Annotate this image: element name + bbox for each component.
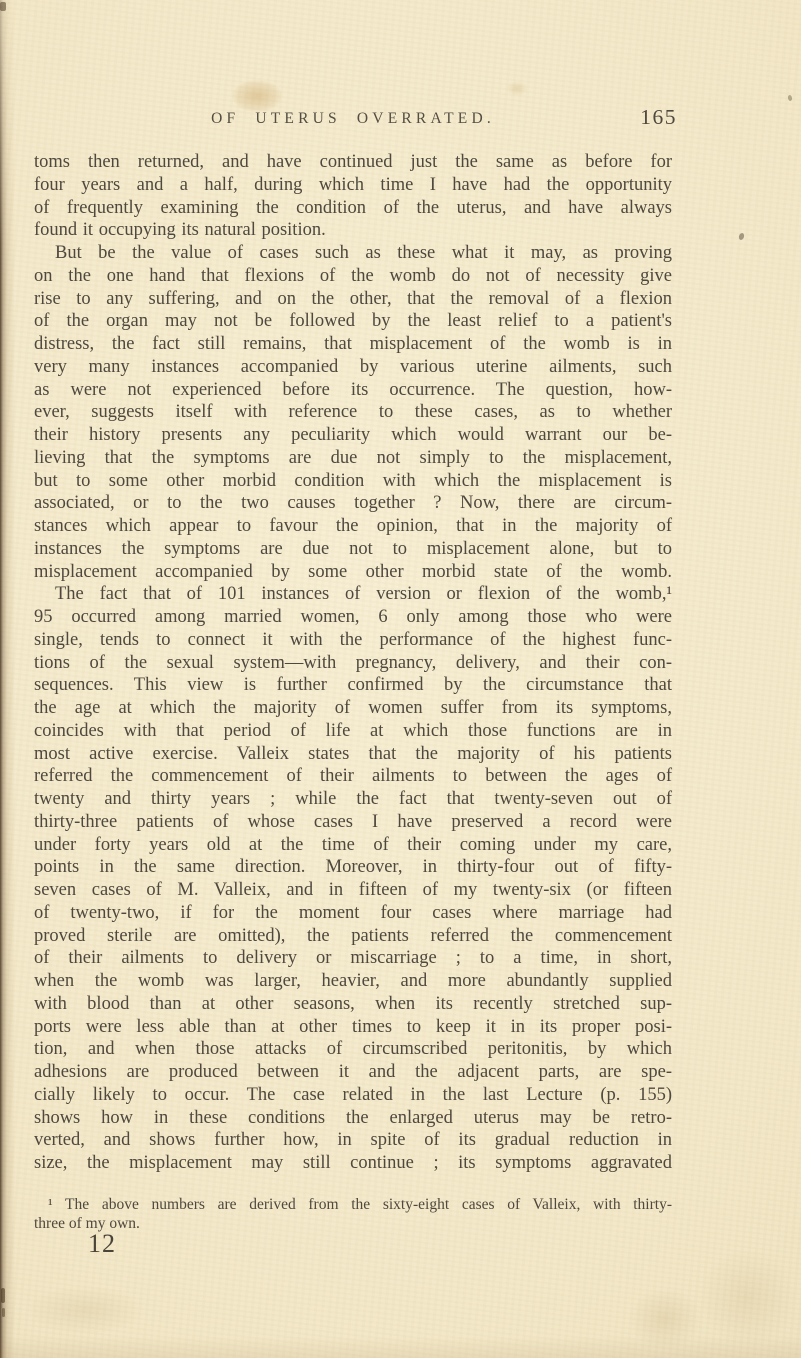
- text-line: tions of the sexual system—with pregnanc…: [34, 652, 672, 675]
- text-line: twenty and thirty years ; while the fact…: [34, 788, 672, 811]
- text-line: three of my own.: [34, 1215, 672, 1234]
- text-line: distress, the fact still remains, that m…: [34, 333, 672, 356]
- text-line: very many instances accompanied by vario…: [34, 356, 672, 379]
- paper-stain: [700, 1250, 795, 1345]
- text-line: tion, and when those attacks of circumsc…: [34, 1038, 672, 1061]
- paragraph: The fact that of 101 instances of versio…: [34, 583, 672, 1175]
- text-line: four years and a half, during which time…: [34, 174, 672, 197]
- binding-gutter-shadow: [0, 0, 15, 1358]
- text-line: but to some other morbid condition with …: [34, 470, 672, 493]
- paper-stain: [28, 1286, 144, 1334]
- text-line: verted, and shows further how, in spite …: [34, 1129, 672, 1152]
- text-line: of twenty-two, if for the moment four ca…: [34, 902, 672, 925]
- text-line: ¹ The above numbers are derived from the…: [34, 1196, 672, 1215]
- text-line: referred the commencement of their ailme…: [34, 765, 672, 788]
- text-line: size, the misplacement may still continu…: [34, 1152, 672, 1175]
- text-line: cially likely to occur. The case related…: [34, 1084, 672, 1107]
- text-line: most active exercise. Valleix states tha…: [34, 743, 672, 766]
- text-line: of the organ may not be followed by the …: [34, 310, 672, 333]
- text-line: misplacement accompanied by some other m…: [34, 561, 672, 584]
- running-title: OF UTERUS OVERRATED.: [34, 106, 672, 132]
- text-line: found it occupying its natural position.: [34, 219, 672, 242]
- text-line: The fact that of 101 instances of versio…: [34, 583, 672, 606]
- text-line: single, tends to connect it with the per…: [34, 629, 672, 652]
- edge-mark: [1, 1288, 5, 1303]
- text-line: points in the same direction. Moreover, …: [34, 856, 672, 879]
- text-line: adhesions are produced between it and th…: [34, 1061, 672, 1084]
- edge-mark: [2, 1308, 5, 1317]
- text-line: seven cases of M. Valleix, and in fiftee…: [34, 879, 672, 902]
- text-line: ports were less able than at other times…: [34, 1016, 672, 1039]
- text-line: coincides with that period of life at wh…: [34, 720, 672, 743]
- text-line: 95 occurred among married women, 6 only …: [34, 606, 672, 629]
- text-line: stances which appear to favour the opini…: [34, 515, 672, 538]
- ink-speck: [738, 232, 745, 240]
- text-line: their history presents any peculiarity w…: [34, 424, 672, 447]
- text-line: But be the value of cases such as these …: [34, 242, 672, 265]
- body-text: toms then returned, and have continued j…: [34, 151, 672, 1175]
- paper-stain: [628, 1288, 702, 1350]
- text-line: of their ailments to delivery or miscarr…: [34, 947, 672, 970]
- text-line: as were not experienced before its occur…: [34, 379, 672, 402]
- ink-speck: [787, 95, 792, 102]
- text-line: when the womb was larger, heavier, and m…: [34, 970, 672, 993]
- edge-mark: [0, 2, 6, 11]
- text-line: sequences. This view is further confirme…: [34, 674, 672, 697]
- paper-stain: [506, 81, 528, 96]
- paragraph: toms then returned, and have continued j…: [34, 151, 672, 242]
- text-line: the age at which the majority of women s…: [34, 697, 672, 720]
- bottom-edge-shadow: [0, 1336, 801, 1358]
- text-line: rise to any suffering, and on the other,…: [34, 288, 672, 311]
- running-header: OF UTERUS OVERRATED. 165: [34, 106, 672, 132]
- text-line: on the one hand that flexions of the wom…: [34, 265, 672, 288]
- paragraph: But be the value of cases such as these …: [34, 242, 672, 583]
- text-line: associated, or to the two causes togethe…: [34, 492, 672, 515]
- text-line: thirty-three patients of whose cases I h…: [34, 811, 672, 834]
- text-line: instances the symptoms are due not to mi…: [34, 538, 672, 561]
- text-line: of frequently examining the condition of…: [34, 197, 672, 220]
- page-number: 165: [640, 104, 677, 130]
- book-page-scan: OF UTERUS OVERRATED. 165 toms then retur…: [0, 0, 801, 1358]
- text-line: with blood than at other seasons, when i…: [34, 993, 672, 1016]
- footnote: ¹ The above numbers are derived from the…: [34, 1196, 672, 1233]
- signature-mark: 12: [88, 1231, 116, 1257]
- text-line: ever, suggests itself with reference to …: [34, 401, 672, 424]
- text-line: shows how in these conditions the enlarg…: [34, 1107, 672, 1130]
- text-line: toms then returned, and have continued j…: [34, 151, 672, 174]
- text-line: lieving that the symptoms are due not si…: [34, 447, 672, 470]
- text-line: under forty years old at the time of the…: [34, 834, 672, 857]
- paragraph: ¹ The above numbers are derived from the…: [34, 1196, 672, 1233]
- text-line: proved sterile are omitted), the patient…: [34, 925, 672, 948]
